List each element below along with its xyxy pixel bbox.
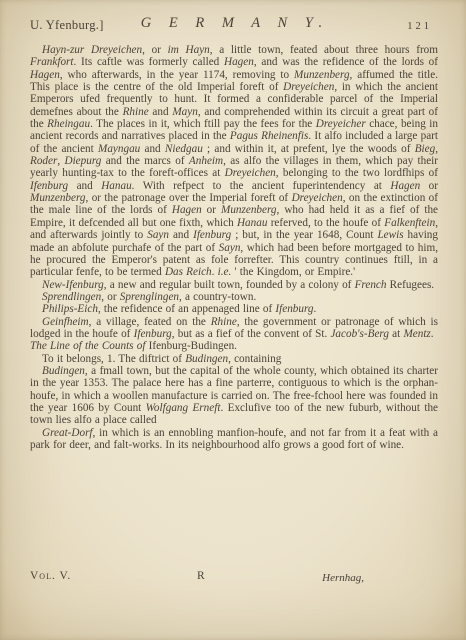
italic-text: Ifenburg bbox=[193, 229, 231, 241]
roman-text: and bbox=[149, 106, 173, 118]
italic-text: Ifenburg bbox=[30, 180, 68, 192]
italic-text: Anheim bbox=[189, 155, 223, 167]
italic-text: Mayn bbox=[172, 106, 197, 118]
italic-text: Munzenberg bbox=[221, 204, 277, 216]
italic-text: Hagen bbox=[30, 69, 60, 81]
italic-text: Diepurg bbox=[64, 155, 101, 167]
italic-text: Hagen bbox=[224, 56, 254, 68]
signature-mark: R bbox=[197, 570, 205, 582]
italic-text: Mentz bbox=[403, 328, 430, 340]
italic-text: Dreyeichen bbox=[292, 192, 343, 204]
volume-label: Vol. V. bbox=[30, 570, 71, 582]
italic-text: Budingen bbox=[42, 365, 85, 377]
roman-text: Ifenburg-Budingen. bbox=[149, 340, 237, 352]
roman-text: , who afterwards, in the year 1174, remo… bbox=[60, 69, 294, 81]
italic-text: Dreyeicher bbox=[316, 118, 366, 130]
roman-text: Refugees. bbox=[386, 279, 434, 291]
italic-text: Lewis bbox=[377, 229, 403, 241]
roman-text: , or bbox=[142, 44, 168, 56]
roman-text: referved, to the houfe of bbox=[267, 217, 384, 229]
roman-text: . bbox=[314, 303, 317, 315]
roman-text: , and was the refidence of the lords of bbox=[254, 56, 438, 68]
paragraph-new-ifenburg: New-Ifenburg, a new and regular built to… bbox=[30, 279, 438, 291]
roman-text: or bbox=[420, 180, 438, 192]
italic-text: Jacob's-Berg bbox=[330, 328, 389, 340]
roman-text: ; but, in the year 1648, Count bbox=[231, 229, 377, 241]
catchword: Hernhag, bbox=[322, 572, 364, 584]
roman-text: , containing bbox=[228, 353, 281, 365]
roman-text: and bbox=[169, 229, 193, 241]
paragraph-great-dorf: Great-Dorf, in which is an ennobling man… bbox=[30, 427, 438, 452]
italic-text: Sprenglingen bbox=[120, 291, 179, 303]
italic-text: Sprendlingen bbox=[42, 291, 101, 303]
italic-text: Dreyeichen bbox=[283, 81, 334, 93]
roman-text: , a country-town. bbox=[179, 291, 256, 303]
italic-text: Hayn-zur Dreyeichen bbox=[42, 44, 142, 56]
italic-text: i.e. bbox=[218, 266, 232, 278]
page-title: G E R M A N Y. bbox=[141, 15, 329, 32]
roman-text: at bbox=[389, 328, 403, 340]
italic-text: Bieg bbox=[415, 143, 436, 155]
italic-text: Munzenberg bbox=[294, 69, 350, 81]
italic-text: Dreyeichen bbox=[225, 167, 276, 179]
italic-text: Hagen bbox=[172, 204, 202, 216]
italic-text: Rhine bbox=[211, 316, 237, 328]
body-text: Hayn-zur Dreyeichen, or im Hayn, a littl… bbox=[30, 44, 438, 451]
italic-text: Hanau bbox=[101, 180, 131, 192]
roman-text: and bbox=[68, 180, 101, 192]
italic-text: French bbox=[355, 279, 387, 291]
italic-text: Geinfheim bbox=[42, 316, 89, 328]
italic-text: Sayn bbox=[147, 229, 169, 241]
paragraph-to-it-belongs: To it belongs, 1. The diftrict of Buding… bbox=[30, 353, 438, 365]
paragraph-hayn-zur-dreyeichen: Hayn-zur Dreyeichen, or im Hayn, a littl… bbox=[30, 44, 438, 279]
italic-text: Rheingau bbox=[47, 118, 90, 130]
paragraph-philips-eich: Philips-Eich, the refidence of an appena… bbox=[30, 303, 438, 315]
italic-text: Hanau bbox=[237, 217, 267, 229]
roman-text: . The places in it, which ftill pay the … bbox=[90, 118, 316, 130]
roman-text: , belonging to the two lordfhips of bbox=[276, 167, 438, 179]
roman-text: , a village, feated on the bbox=[89, 316, 211, 328]
italic-text: Frankfort bbox=[30, 56, 74, 68]
italic-text: Ifenburg bbox=[134, 328, 172, 340]
roman-text: or bbox=[202, 204, 221, 216]
italic-text: New-Ifenburg bbox=[42, 279, 104, 291]
page-footer: Vol. V. R Hernhag, bbox=[30, 568, 436, 588]
roman-text: and bbox=[140, 143, 165, 155]
italic-text: Ifenburg bbox=[275, 303, 313, 315]
italic-text: Munzenberg bbox=[30, 192, 86, 204]
scanned-book-page: U. Yfenburg.] G E R M A N Y. 121 Hayn-zu… bbox=[0, 0, 466, 640]
roman-text: and the marcs of bbox=[101, 155, 189, 167]
italic-text: The Line of the Counts of bbox=[30, 340, 149, 352]
italic-text: Roder bbox=[30, 155, 57, 167]
paragraph-budingen: Budingen, a fmall town, but the capital … bbox=[30, 365, 438, 427]
roman-text: ' the Kingdom, or Empire.' bbox=[231, 266, 355, 278]
paragraph-sprendlingen: Sprendlingen, or Sprenglingen, a country… bbox=[30, 291, 438, 303]
roman-text: , or the patronage over the Imperial for… bbox=[86, 192, 292, 204]
section-heading: The Line of the Counts of Ifenburg-Budin… bbox=[30, 340, 438, 352]
italic-text: Philips-Eich bbox=[42, 303, 98, 315]
page-header: U. Yfenburg.] G E R M A N Y. 121 bbox=[30, 15, 440, 37]
italic-text: Niedgau bbox=[165, 143, 203, 155]
roman-text: To it belongs, 1. The diftrict of bbox=[42, 353, 185, 365]
italic-text: Falkenftein bbox=[384, 217, 435, 229]
italic-text: Hagen bbox=[390, 180, 420, 192]
italic-text: Pagus Rheinenfis bbox=[230, 130, 308, 142]
roman-text: , a new and regular built town, founded … bbox=[104, 279, 355, 291]
roman-text: ; and within it, at prefent, lye the woo… bbox=[203, 143, 415, 155]
roman-text: . bbox=[431, 328, 434, 340]
roman-text: , bbox=[435, 143, 438, 155]
roman-text: . With refpect to the ancient fuperinten… bbox=[132, 180, 391, 192]
italic-text: im Hayn bbox=[168, 44, 210, 56]
italic-text: Rhine bbox=[123, 106, 149, 118]
paragraph-geinfheim: Geinfheim, a village, feated on the Rhin… bbox=[30, 316, 438, 341]
page-number: 121 bbox=[407, 21, 432, 32]
running-head: U. Yfenburg.] bbox=[30, 18, 104, 33]
italic-text: Das Reich bbox=[165, 266, 212, 278]
roman-text: , or bbox=[101, 291, 120, 303]
italic-text: Budingen bbox=[185, 353, 228, 365]
italic-text: Great-Dorf bbox=[42, 427, 93, 439]
italic-text: Mayngau bbox=[98, 143, 140, 155]
italic-text: Wolfgang Erneft bbox=[146, 402, 221, 414]
italic-text: Sayn bbox=[219, 242, 241, 254]
roman-text: , the refidence of an appenaged line of bbox=[98, 303, 275, 315]
roman-text: , but as a fief of the convent of St. bbox=[172, 328, 331, 340]
roman-text: , a little town, feated about three hour… bbox=[210, 44, 438, 56]
roman-text: . Its caftle was formerly called bbox=[74, 56, 224, 68]
